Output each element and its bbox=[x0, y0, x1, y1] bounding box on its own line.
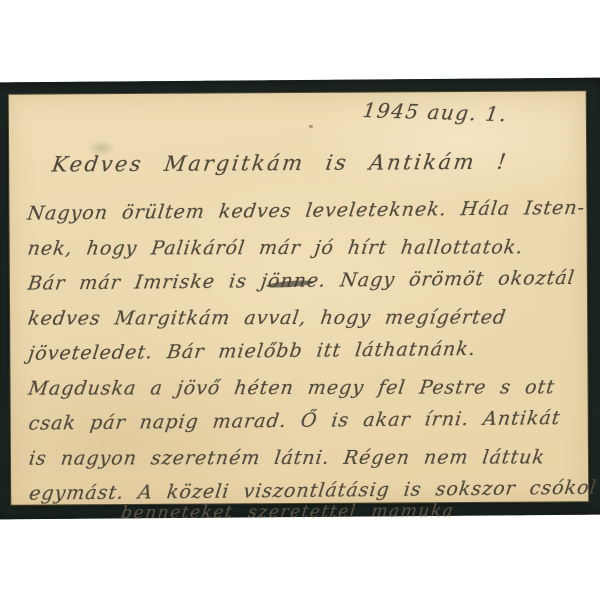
letter-body: Nagyon örültem kedves leveleteknek. Hála… bbox=[27, 193, 578, 528]
body-line: jöveteledet. Bár mielőbb itt láthatnánk. bbox=[26, 331, 580, 372]
ink-speck bbox=[309, 125, 313, 128]
closing-line: benneteket szeretettel mamuka bbox=[119, 495, 580, 528]
postcard: 1945 aug. 1. Kedves Margitkám is Antikám… bbox=[9, 91, 588, 505]
body-line: Nagyon örültem kedves leveleteknek. Hála… bbox=[25, 191, 579, 232]
body-line: csak pár napig marad. Ő is akar írni. An… bbox=[26, 401, 580, 442]
date-line: 1945 aug. 1. bbox=[362, 98, 510, 126]
salutation-line: Kedves Margitkám is Antikám ! bbox=[51, 150, 510, 177]
postcard-photo: 1945 aug. 1. Kedves Margitkám is Antikám… bbox=[0, 0, 600, 600]
